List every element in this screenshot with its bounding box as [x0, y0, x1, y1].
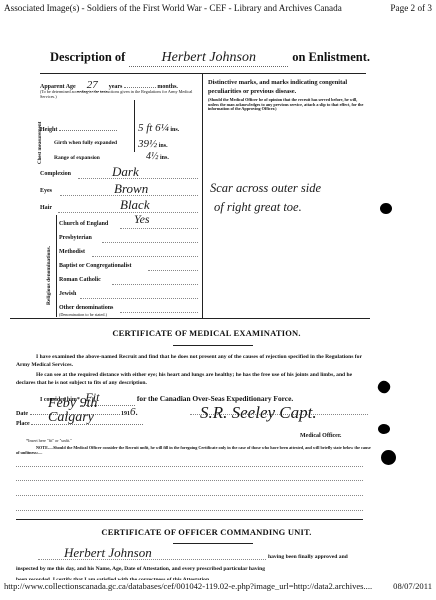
height-unit: ins.	[170, 127, 179, 133]
print-header: Associated Image(s) - Soldiers of the Fi…	[4, 3, 432, 13]
girth-label-text: Girth when fully expanded	[54, 140, 117, 146]
officer-certificate-title: CERTIFICATE OF OFFICER COMMANDING UNIT.	[40, 527, 373, 537]
religion-label-methodist: Methodist	[59, 249, 85, 255]
other-denomination-note: (Denomination to be stated.)	[59, 313, 107, 318]
ink-blot	[381, 450, 396, 465]
divider	[10, 318, 370, 319]
page-url: http://www.collectionscanada.gc.ca/datab…	[4, 581, 372, 591]
dotted-line	[120, 228, 198, 229]
girth-value: 39½	[138, 138, 157, 150]
religion-label-church-of-england: Church of England	[59, 221, 108, 227]
religion-label-other: Other denominations	[59, 305, 113, 311]
distinctive-marks-line2: of right great toe.	[214, 200, 302, 215]
religion-row: Methodist	[59, 249, 85, 255]
dotted-line	[148, 270, 198, 271]
dotted-line	[102, 242, 198, 243]
range-unit: ins.	[160, 155, 169, 161]
divider	[16, 519, 363, 520]
unfit-cause-line	[16, 466, 363, 467]
title-prefix: Description of	[50, 50, 125, 65]
religion-label: Religious denominations.	[46, 246, 52, 305]
title-suffix: on Enlistment.	[292, 50, 370, 65]
girth-label: Girth when fully expanded	[54, 140, 117, 147]
religion-value-church-of-england: Yes	[134, 212, 150, 227]
eyes-row: Eyes	[40, 188, 52, 194]
medical-para-2: He can see at the required distance with…	[16, 371, 372, 387]
complexion-label: Complexion	[40, 171, 71, 177]
print-date: 08/07/2011	[393, 581, 432, 591]
religion-label-presbyterian: Presbyterian	[59, 235, 92, 241]
divider	[173, 345, 253, 346]
consider-suffix: for the Canadian Over-Seas Expeditionary…	[137, 394, 293, 403]
range-value-row: 4½ ins.	[146, 151, 169, 162]
distinctive-marks-line1: Scar across outer side	[210, 181, 321, 196]
religion-row: Baptist or Congregationalist	[59, 263, 131, 269]
complexion-row: Complexion	[40, 171, 71, 177]
soldier-name: Herbert Johnson	[129, 50, 288, 67]
dotted-line	[120, 312, 198, 313]
unfit-cause-line	[16, 510, 363, 511]
dotted-line	[112, 284, 198, 285]
religion-label-roman-catholic: Roman Catholic	[59, 277, 101, 283]
officer-cert-text1: having been finally approved and	[268, 553, 348, 561]
page-indicator: Page 2 of 3	[390, 3, 432, 13]
height-label-row: Height	[40, 127, 117, 133]
officer-cert-text2: inspected by me this day, and his Name, …	[16, 565, 372, 573]
medical-para-1: I have examined the above-named Recruit …	[16, 353, 372, 369]
distinctive-marks-note: (Should the Medical Officer be of opinio…	[208, 98, 368, 112]
place-label: Place	[16, 421, 30, 427]
religion-row: Other denominations	[59, 305, 113, 311]
divider	[40, 73, 366, 74]
date-label: Date	[16, 411, 28, 417]
hair-row: Hair	[40, 205, 52, 211]
religion-row: Jewish	[59, 291, 76, 297]
ink-blot	[376, 379, 393, 396]
column-divider	[202, 73, 203, 318]
religion-row: Presbyterian	[59, 235, 92, 241]
print-header-title: Associated Image(s) - Soldiers of the Fi…	[4, 3, 342, 13]
unfit-cause-line	[16, 495, 363, 496]
inner-divider	[134, 100, 135, 152]
unfit-note: NOTE.—Should the Medical Officer conside…	[16, 446, 372, 455]
year-suffix: 6.	[130, 406, 138, 418]
range-label: Range of expansion	[54, 155, 100, 161]
religion-bracket	[56, 215, 57, 317]
religion-row: Roman Catholic	[59, 277, 101, 283]
range-value: 4½	[146, 151, 159, 162]
dotted-line	[92, 256, 198, 257]
medical-certificate-title: CERTIFICATE OF MEDICAL EXAMINATION.	[40, 328, 373, 338]
chest-label: Chest measurement	[38, 122, 43, 164]
place-value: Calgary	[48, 410, 94, 426]
medical-officer-signature: S.R. Seeley Capt.	[200, 403, 317, 423]
officer-cert-name: Herbert Johnson	[64, 545, 152, 561]
religion-label-jewish: Jewish	[59, 291, 76, 297]
unfit-cause-line	[16, 480, 363, 481]
eyes-label: Eyes	[40, 188, 52, 194]
dotted-line	[80, 298, 198, 299]
range-label-text: Range of expansion	[54, 155, 100, 161]
height-value-row: 5 ft 6¼ ins.	[138, 122, 179, 134]
religion-label-baptist: Baptist or Congregationalist	[59, 263, 131, 269]
height-value: 5 ft 6¼	[138, 122, 169, 134]
print-footer: http://www.collectionscanada.gc.ca/datab…	[4, 581, 432, 591]
officer-cert-text3: been recorded, I certify that I am satis…	[16, 576, 372, 580]
age-note: (To be determined according to the instr…	[40, 90, 198, 99]
complexion-value: Dark	[112, 164, 139, 180]
distinctive-marks-heading: Distinctive marks, and marks indicating …	[208, 79, 368, 96]
girth-unit: ins.	[159, 143, 168, 149]
description-title: Description of Herbert Johnson on Enlist…	[50, 50, 370, 67]
hair-label: Hair	[40, 205, 52, 211]
ink-blot	[380, 203, 392, 214]
girth-value-row: 39½ ins.	[138, 138, 168, 150]
ink-blot	[378, 424, 390, 434]
medical-officer-label: Medical Officer.	[300, 433, 341, 439]
insert-note: *Insert here "fit" or "unfit."	[26, 439, 72, 444]
year-prefix: 191	[121, 411, 130, 417]
hair-value: Black	[120, 197, 150, 213]
eyes-value: Brown	[114, 181, 148, 197]
divider	[173, 543, 253, 544]
religion-row: Church of England	[59, 221, 108, 227]
